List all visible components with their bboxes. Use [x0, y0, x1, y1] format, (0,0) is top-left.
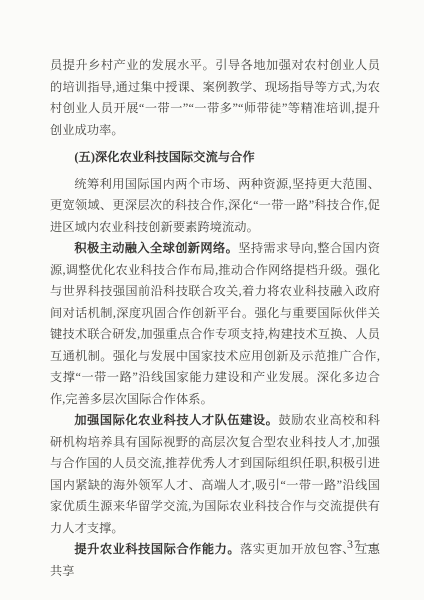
paragraph-lead: 积极主动融入全球创新网络。 — [74, 241, 238, 255]
paragraph: 加强国际化农业科技人才队伍建设。鼓励农业高校和科研机构培养具有国际视野的高层次复… — [50, 410, 380, 539]
document-page: 员提升乡村产业的发展水平。引导各地加强对农村创业人员的培训指导,通过集中授课、案… — [0, 0, 424, 600]
section-heading: (五)深化农业科技国际交流与合作 — [50, 147, 380, 169]
paragraph-lead: 加强国际化农业科技人才队伍建设。 — [74, 413, 278, 427]
page-number: — 37 — — [330, 537, 378, 552]
paragraph-lead: 提升农业科技国际合作能力。 — [74, 542, 240, 556]
paragraph: 统筹利用国际国内两个市场、两种资源,坚持更大范围、更宽领域、更深层次的科技合作,… — [50, 174, 380, 239]
paragraph: 积极主动融入全球创新网络。坚持需求导向,整合国内资源,调整优化农业科技合作布局,… — [50, 238, 380, 410]
paragraph: 员提升乡村产业的发展水平。引导各地加强对农村创业人员的培训指导,通过集中授课、案… — [50, 55, 380, 141]
document-body: 员提升乡村产业的发展水平。引导各地加强对农村创业人员的培训指导,通过集中授课、案… — [50, 55, 380, 582]
